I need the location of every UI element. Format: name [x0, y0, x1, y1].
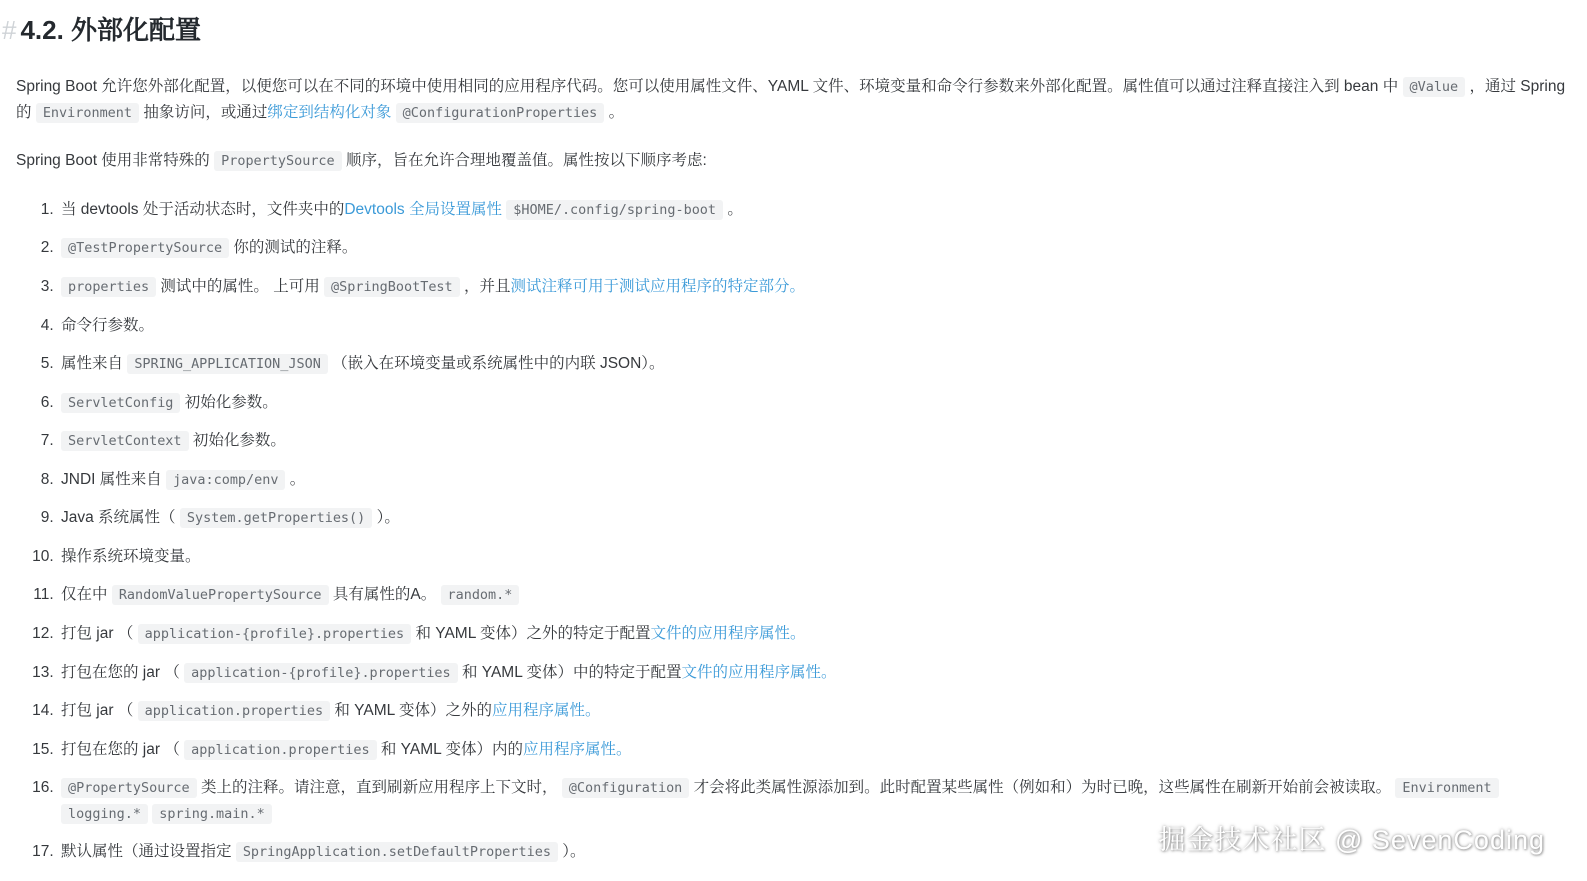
inline-code: @SpringBootTest	[324, 277, 460, 297]
heading-title: 4.2. 外部化配置	[20, 15, 201, 45]
list-item: 操作系统环境变量。	[58, 544, 1571, 570]
property-order-list: 当 devtools 处于活动状态时，文件夹中的Devtools 全局设置属性 …	[16, 197, 1571, 865]
inline-code: spring.main.*	[152, 804, 271, 824]
text-run: 测试中的属性。 上可用	[156, 278, 324, 295]
inline-code: System.getProperties()	[180, 508, 372, 528]
text-run: 。	[723, 201, 743, 218]
text-run: 。	[604, 104, 624, 121]
text-run: ，并且	[460, 278, 511, 295]
text-run: Spring Boot 允许您外部化配置，以便您可以在不同的环境中使用相同的应用…	[16, 78, 1403, 95]
text-run: 顺序，旨在允许合理地覆盖值。属性按以下顺序考虑:	[342, 152, 707, 169]
text-run: 命令行参数。	[61, 317, 154, 334]
text-run: 和 YAML 变体）之外的特定于配置	[411, 625, 650, 642]
inline-code: application.properties	[138, 701, 330, 721]
inline-code: application-{profile}.properties	[184, 663, 457, 683]
inline-link[interactable]: 测试注释可用于测试应用程序的特定部分。	[510, 278, 805, 295]
intro-paragraph: Spring Boot 允许您外部化配置，以便您可以在不同的环境中使用相同的应用…	[16, 74, 1571, 127]
inline-code: application-{profile}.properties	[138, 624, 411, 644]
list-item: @TestPropertySource 你的测试的注释。	[58, 235, 1571, 261]
inline-code: @Value	[1403, 77, 1466, 97]
inline-link[interactable]: 应用程序属性。	[492, 702, 601, 719]
list-item: 打包 jar （ application.properties 和 YAML 变…	[58, 698, 1571, 724]
text-run: 打包 jar （	[61, 702, 138, 719]
inline-code: Environment	[1395, 778, 1498, 798]
text-run: 抽象访问，或通过	[139, 104, 267, 121]
text-run: 和 YAML 变体）中的特定于配置	[458, 664, 682, 681]
list-item: Java 系统属性（ System.getProperties() ）。	[58, 505, 1571, 531]
inline-code: logging.*	[61, 804, 148, 824]
inline-code: ServletContext	[61, 431, 189, 451]
list-item: ServletConfig 初始化参数。	[58, 390, 1571, 416]
inline-link[interactable]: 文件的应用程序属性。	[651, 625, 806, 642]
inline-code: Environment	[36, 103, 139, 123]
heading-anchor-icon[interactable]: #	[2, 14, 16, 48]
property-order-intro-paragraph: Spring Boot 使用非常特殊的 PropertySource 顺序，旨在…	[16, 148, 1571, 174]
text-run: 和 YAML 变体）内的	[377, 741, 523, 758]
text-run: 默认属性（通过设置指定	[61, 843, 236, 860]
text-run: 打包在您的 jar （	[61, 664, 184, 681]
inline-code: PropertySource	[214, 151, 342, 171]
text-run: 类上的注释。请注意，直到刷新应用程序上下文时，	[197, 779, 562, 796]
text-run	[391, 104, 395, 121]
text-run: 才会将此类属性源添加到。此时配置某些属性（例如和）为时已晚，这些属性在刷新开始前…	[689, 779, 1395, 796]
inline-code: @PropertySource	[61, 778, 197, 798]
inline-code: @ConfigurationProperties	[396, 103, 605, 123]
section-heading: #4.2. 外部化配置	[16, 14, 1571, 48]
text-run: 初始化参数。	[189, 432, 286, 449]
list-item: 打包 jar （ application-{profile}.propertie…	[58, 621, 1571, 647]
text-run: 打包在您的 jar （	[61, 741, 184, 758]
inline-code: properties	[61, 277, 156, 297]
list-item: @PropertySource 类上的注释。请注意，直到刷新应用程序上下文时， …	[58, 775, 1571, 826]
list-item: ServletContext 初始化参数。	[58, 428, 1571, 454]
list-item: JNDI 属性来自 java:comp/env 。	[58, 467, 1571, 493]
text-run: Spring Boot 使用非常特殊的	[16, 152, 214, 169]
inline-code: application.properties	[184, 740, 376, 760]
inline-code: RandomValuePropertySource	[112, 585, 329, 605]
inline-code: @TestPropertySource	[61, 238, 229, 258]
text-run: ）。	[372, 509, 400, 526]
inline-link[interactable]: Devtools 全局设置属性	[344, 201, 502, 218]
text-run: 操作系统环境变量。	[61, 548, 201, 565]
text-run: 打包 jar （	[61, 625, 138, 642]
inline-link[interactable]: 文件的应用程序属性。	[682, 664, 837, 681]
inline-code: ServletConfig	[61, 393, 180, 413]
inline-code: SpringApplication.setDefaultProperties	[236, 842, 558, 862]
inline-code: $HOME/.config/spring-boot	[506, 200, 723, 220]
text-run: 当 devtools 处于活动状态时，文件夹中的	[61, 201, 344, 218]
list-item: 命令行参数。	[58, 313, 1571, 339]
text-run: （嵌入在环境变量或系统属性中的内联 JSON）。	[328, 355, 665, 372]
text-run: 具有属性的A。	[329, 586, 441, 603]
text-run: JNDI 属性来自	[61, 471, 166, 488]
text-run: Java 系统属性（	[61, 509, 180, 526]
doc-page: #4.2. 外部化配置 Spring Boot 允许您外部化配置，以便您可以在不…	[0, 0, 1587, 881]
inline-link[interactable]: 应用程序属性。	[523, 741, 632, 758]
inline-code: SPRING_APPLICATION_JSON	[127, 354, 328, 374]
text-run: ）。	[558, 843, 586, 860]
list-item: 仅在中 RandomValuePropertySource 具有属性的A。 ra…	[58, 582, 1571, 608]
list-item: 默认属性（通过设置指定 SpringApplication.setDefault…	[58, 839, 1571, 865]
list-item: 属性来自 SPRING_APPLICATION_JSON （嵌入在环境变量或系统…	[58, 351, 1571, 377]
inline-code: random.*	[441, 585, 520, 605]
inline-link[interactable]: 绑定到结构化对象	[267, 104, 391, 121]
list-item: 打包在您的 jar （ application-{profile}.proper…	[58, 660, 1571, 686]
list-item: properties 测试中的属性。 上可用 @SpringBootTest ，…	[58, 274, 1571, 300]
text-run: 初始化参数。	[180, 394, 277, 411]
text-run: 属性来自	[61, 355, 127, 372]
text-run: 仅在中	[61, 586, 112, 603]
inline-code: @Configuration	[562, 778, 690, 798]
list-item: 当 devtools 处于活动状态时，文件夹中的Devtools 全局设置属性 …	[58, 197, 1571, 223]
text-run: 和 YAML 变体）之外的	[330, 702, 492, 719]
inline-code: java:comp/env	[166, 470, 285, 490]
list-item: 打包在您的 jar （ application.properties 和 YAM…	[58, 737, 1571, 763]
text-run: 你的测试的注释。	[229, 239, 357, 256]
text-run: 。	[285, 471, 305, 488]
